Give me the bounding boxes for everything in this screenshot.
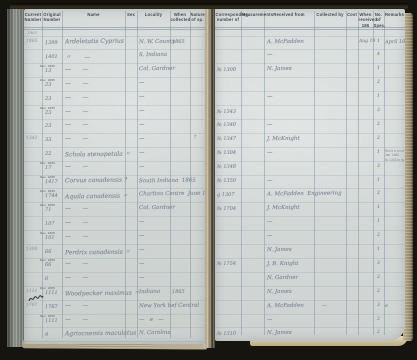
cell-recd: — [267,177,273,183]
cell-name: — — [65,219,89,226]
remark-note-line: № 1343 to № 1346 [385,158,405,162]
cell-orig: 1111 [45,318,58,324]
cell-recd: J. McKnight [267,136,300,142]
column-header: Nature of sp. [191,12,205,23]
column-header: Collected by [315,12,346,17]
cell-recd: N. James [267,247,292,253]
cell-loc: — [139,233,145,239]
cell-loc: — [139,261,145,267]
cell-loc: N. Carolina [139,330,171,336]
cell-orig: 17 [45,165,51,171]
row-rule [24,36,205,37]
cell-name: Aquila canadensis 〃 [65,191,128,201]
column-header: When collected [171,12,190,23]
cell-loc: N. W. County [139,38,175,44]
column-header: Locality [138,12,170,17]
row-rule [24,91,205,92]
cell-rem: e [385,303,388,309]
row-rule [24,327,205,328]
cell-no: 2 [377,191,380,196]
column-header: Name [63,12,125,17]
cell-corr: № 1704 [217,206,236,212]
column-header: Corresponding number of [216,12,241,23]
cell-loc: Col. Gardner [139,205,175,211]
cell-rem: April 10. 186 [385,38,405,44]
row-rule [215,91,405,92]
cell-corr: № 1310 [217,331,236,337]
cell-name: Perdrix canadensis 〃 [65,246,131,256]
cell-orig: 101 [45,235,55,241]
cell-orig: 13 [45,68,51,74]
row-rule [215,327,405,328]
cell-orig: 66 [45,248,51,254]
cell-corr: № 1754 [217,261,236,267]
cell-corr: № 1347 [217,136,236,142]
cell-name: — — [65,232,89,239]
row-rule [24,119,205,120]
row-rule [215,119,405,120]
cell-no: 2 [377,233,380,238]
row-rule [215,49,405,50]
cell-no: 2 [377,330,380,335]
cell-no: 2 [377,275,380,280]
left-ledger-page: Current NumberOriginal NumberNameSexLoca… [24,9,205,344]
cell-cur: 1343 [26,136,38,141]
cell-loc: — e — [139,316,164,322]
row-rule [24,49,205,50]
row-rule [215,300,405,301]
book-gutter [204,9,215,348]
cell-nat: † [194,135,196,140]
cell-orig: 107 [45,221,55,227]
cell-orig: 23 [45,96,51,102]
cell-orig: 1399 [45,40,58,46]
cell-recd: — [267,94,273,100]
cell-orig: 33 [45,137,51,143]
cell-orig: 22 [45,151,51,157]
row-rule [215,188,405,189]
column-header: Sex [126,12,137,17]
cell-cur: 1865 [26,38,38,43]
cell-loc: — [139,122,145,128]
cell-corr: № 1300 [217,67,236,73]
cell-recd: A. McFadden [267,302,304,308]
row-rule [215,230,405,231]
cell-recd: — [267,316,273,322]
cell-no: 3 [377,164,380,169]
cell-orig: 1111 [45,290,58,296]
cell-recd: N. Gardner [267,275,298,281]
cell-loc: — [139,94,145,100]
row-rule [24,216,205,217]
cell-no: 1 [377,66,380,71]
ledger-photo: Current NumberOriginal NumberNameSexLoca… [0,0,417,360]
row-rule [24,341,205,342]
printed-date-stamp: Dec. 1865 [40,106,55,110]
row-rule [215,105,405,106]
cell-corr: № 1304 [217,150,236,156]
cell-orig: 66 [45,262,51,268]
cell-orig: 23 [45,82,51,88]
cell-no: 1 [377,177,380,182]
cell-no: 1 [377,94,380,99]
column-header: Original Number [43,12,62,23]
cell-no: 1 [377,247,380,252]
column-header: Received from [265,12,314,17]
year-annotation: 1865 [27,30,37,35]
cell-name: — — [65,205,89,212]
column-header: Cost [347,12,358,17]
cell-no: 2 [377,136,380,141]
right-ledger-page: Corresponding number ofMeasurementsRecei… [215,9,405,341]
row-rule [215,258,405,259]
cell-orig: 1744 [45,193,58,199]
cell-no: 2 [377,122,380,127]
row-rule [215,272,405,273]
cell-recd: J. McKnight [267,205,300,211]
row-rule [215,133,405,134]
cell-loc: — [139,150,145,156]
cell-name: — — [65,302,89,309]
cell-loc: — [139,164,145,170]
cell-cur: 1767 [26,303,38,308]
cell-no: 2 [377,289,380,294]
cell-no: 3 [377,261,380,266]
cell-loc: — [139,108,145,114]
column-header: When received 186 [359,12,373,28]
row-rule [215,161,405,162]
row-rule [24,133,205,134]
cell-name: — — [65,66,89,73]
column-header: Current Number [25,12,42,23]
cell-name: — — [65,121,89,128]
cell-orig: 1767 [45,304,58,310]
cell-recd: N. James [267,330,292,336]
row-rule [215,175,405,176]
row-rule [215,202,405,203]
cell-name: — — [65,135,89,142]
cell-recd: A. McFadden Engineering [267,191,342,198]
cell-orig: 9 [45,332,48,338]
cell-loc: Col. Gardner [139,66,175,72]
cell-no: 3 [377,303,380,308]
cell-name: — — [65,260,89,267]
cell-recd: J. B. Knight [267,261,299,267]
cell-coll: — [322,303,327,309]
cell-recd: — [267,150,273,156]
row-rule [215,244,405,245]
cell-recd: — [267,52,273,58]
column-header: No. of Spec. [374,12,384,28]
cell-corr: № 1350 [217,178,236,184]
cell-loc: S. Indiana [139,52,167,58]
cell-recd: N. James [267,66,292,72]
row-rule [215,77,405,78]
cell-name: — — [65,107,89,114]
cell-loc: South Indiana 1865 [139,177,196,184]
cell-loc: Indiana [139,289,160,295]
cell-name: — — [65,274,89,281]
row-rule [215,314,405,315]
cell-loc: Charlton Centre June 13 18 [139,191,205,198]
cell-name: Agriocnemis maculatus [65,329,136,337]
row-rule [215,286,405,287]
cell-loc: — [139,136,145,142]
cell-name: 〃 — [65,52,90,61]
column-header: Remarks [385,12,405,17]
row-rule [24,300,205,301]
cell-corr: № 1343 [217,108,236,114]
cell-cur: 1380 [26,247,38,252]
cell-loc: — [139,275,145,281]
cell-orig: 1401 [45,54,58,60]
cell-orig: 6 [45,276,48,282]
cell-orig: 1417 [45,179,58,185]
cell-name: Schola stenopetala 〃 [65,149,131,159]
cell-corr: g 1307 [217,192,235,198]
cell-recd: — [267,233,273,239]
cell-name: — — [65,80,89,87]
cell-no: 1 [377,150,380,155]
cell-recd: A. McFadden [267,38,304,44]
row-rule [215,147,405,148]
cell-no: 1 [377,38,380,43]
cell-orig: 23 [45,109,51,115]
cell-no: 3 [377,108,380,113]
cell-name: Corvus canadensis ? [65,177,127,185]
header-rule [24,27,205,28]
row-rule [24,272,205,273]
cell-recd: — [267,122,273,128]
left-page-stack-edge [7,9,24,347]
cell-name: Ardeletatis Cyprius [65,38,124,46]
cell-no: 1 [377,219,380,224]
cell-loc: — [139,219,145,225]
cell-loc: New York bef Central [139,302,199,309]
row-rule [215,63,405,64]
header-rule [215,29,405,30]
row-rule [24,147,205,148]
cell-loc: — [139,247,145,253]
cell-when: 1865 [172,38,185,44]
cell-recd: — [267,219,273,225]
cell-no: 2 [377,80,380,85]
cell-name: — — [65,316,89,323]
cell-when: 1865 [172,289,185,295]
cell-corr: № 1340 [217,122,236,128]
header-rule [215,27,405,28]
row-rule [215,36,405,37]
cell-orig: 71 [45,207,51,213]
column-header: Measurements [242,12,264,17]
row-rule [215,216,405,217]
cell-name: — — [65,93,89,100]
row-rule [24,244,205,245]
cell-loc: — [139,80,145,86]
cell-when: Aug 19 [359,38,375,43]
header-rule [24,29,205,30]
cell-orig: 23 [45,123,51,129]
cell-corr: № 1348 [217,164,236,170]
cell-no: 4 [377,52,380,57]
cell-no: 2 [377,316,380,321]
cell-name: Woodpecker maximus 〃 [65,288,140,298]
cell-no: 1 [377,205,380,210]
cell-recd: N. James [267,289,292,295]
cell-name: — — [65,163,89,170]
